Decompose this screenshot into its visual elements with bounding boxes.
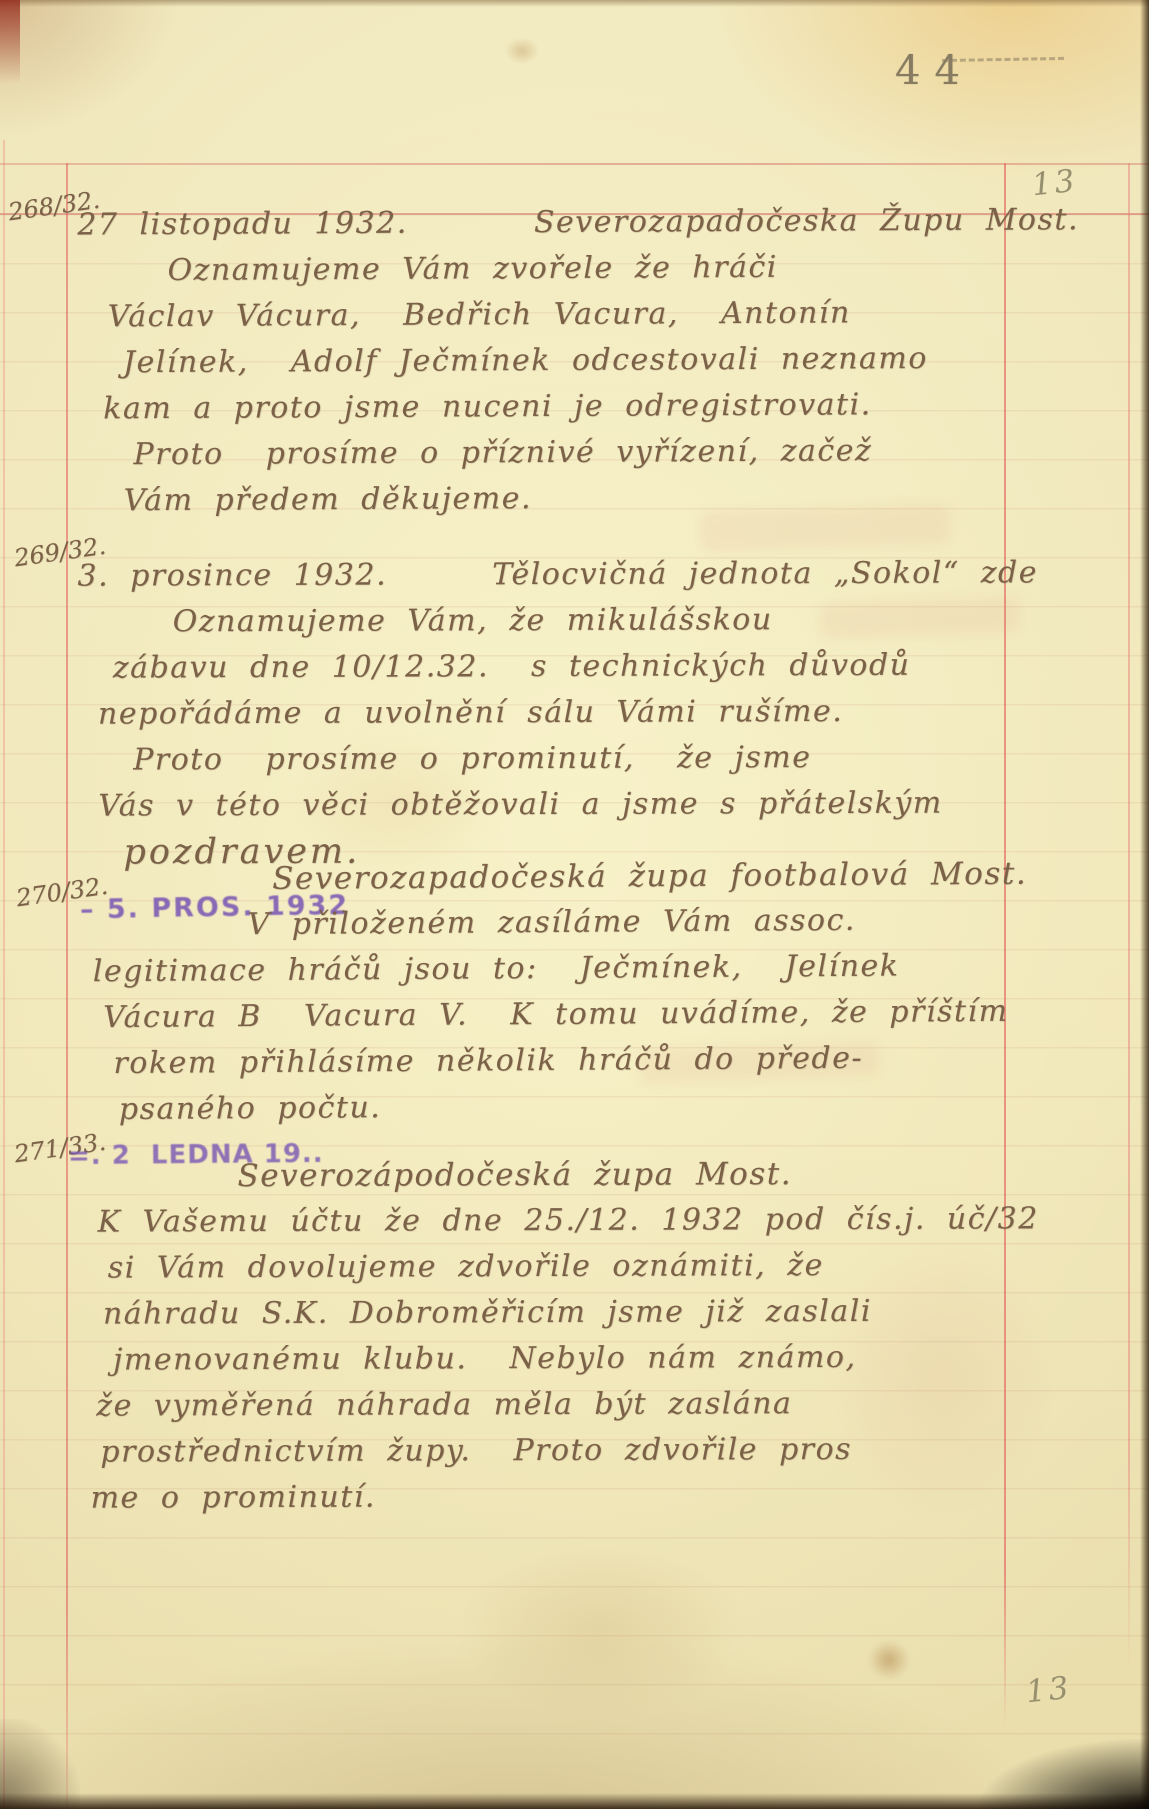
handwritten-line: Proto prosíme o příznivé vyřízení, začež (78, 428, 1018, 479)
dark-corner-bottom-right (979, 1739, 1149, 1809)
stain (455, 1540, 745, 1720)
handwritten-line: Vás v této věci obtěžovali a jsme s přát… (78, 780, 1018, 829)
folio-number-top: 13 (1030, 163, 1079, 204)
ledger-page: 44 13 13 268/32. 269/32. 270/32. 271/33.… (0, 0, 1149, 1809)
paper-edge-bottom (0, 1793, 1149, 1809)
stain (868, 1640, 910, 1680)
folio-number-bottom: 13 (1024, 1670, 1073, 1711)
handwritten-line: kam a proto jsme nuceni je odregistrovat… (78, 382, 1018, 433)
handwritten-line: náhradu S.K. Dobroměřicím jsme již zasla… (78, 1288, 1018, 1337)
handwritten-line: K Vašemu účtu že dne 25./12. 1932 pod čí… (78, 1196, 1018, 1245)
handwritten-line: Jelínek, Adolf Ječmínek odcestovali nezn… (78, 336, 1018, 387)
ledger-entry-270-32: Severozapadočeská župa footbalová Most. … (77, 851, 1019, 1134)
header-rule-top (0, 163, 1149, 165)
ledger-entry-271-33: Severozápodočeská župa Most. K Vašemu úč… (77, 1150, 1018, 1521)
handwritten-line: prostřednictvím župy. Proto zdvořile pro… (78, 1426, 1018, 1475)
ledger-entry-268-32: 27 listopadu 1932. Severozapadočeska Žup… (77, 198, 1019, 525)
paper-edge-top (0, 0, 1149, 7)
handwritten-line: Oznamujeme Vám zvořele že hráči (77, 244, 1017, 295)
left-edge-line (3, 140, 5, 1809)
handwritten-line: legitimace hráčů jsou to: Ječmínek, Jelí… (78, 943, 1018, 996)
handwritten-line: si Vám dovolujeme zdvořile oznámiti, že (78, 1242, 1018, 1291)
left-margin-rule (66, 163, 68, 1809)
ledger-entry-269-32: 3. prosince 1932. Tělocvičná jednota „So… (77, 550, 1018, 875)
handwritten-line: Severozápodočeská župa Most. (77, 1150, 1017, 1199)
handwritten-line: Severozapadočeská župa footbalová Most. (77, 851, 1017, 904)
right-column-rule-outer (1128, 163, 1130, 1673)
handwritten-line: že vyměřená náhrada měla být zaslána (78, 1380, 1018, 1429)
handwritten-line: 3. prosince 1932. Tělocvičná jednota „So… (77, 550, 1017, 599)
handwritten-line: nepořádáme a uvolnění sálu Vámi rušíme. (78, 688, 1018, 737)
handwritten-line: Oznamujeme Vám, že mikulášskou (78, 596, 1018, 645)
red-mark-top-left (0, 0, 20, 84)
handwritten-line: 27 listopadu 1932. Severozapadočeska Žup… (77, 198, 1017, 249)
handwritten-line: V přiloženém zasíláme Vám assoc. (77, 897, 1017, 950)
dark-corner-bottom-left (0, 1719, 80, 1809)
handwritten-line: rokem přihlásíme několik hráčů do přede- (78, 1035, 1018, 1088)
stain (505, 38, 539, 64)
handwritten-line: me o prominutí. (78, 1472, 1018, 1521)
paper-edge-right (1140, 0, 1149, 1809)
handwritten-line: zábavu dne 10/12.32. s technických důvod… (78, 642, 1018, 691)
handwritten-line: jmenovanému klubu. Nebylo nám známo, (78, 1334, 1018, 1383)
handwritten-line: Vám předem děkujeme. (79, 474, 1019, 525)
handwritten-line: Vácura B Vacura V. K tomu uvádíme, že př… (78, 989, 1018, 1042)
handwritten-line: Proto prosíme o prominutí, že jsme (78, 734, 1018, 783)
page-number: 44 (895, 48, 974, 94)
handwritten-line: psaného počtu. (79, 1081, 1019, 1134)
handwritten-line: Václav Vácura, Bedřich Vacura, Antonín (78, 290, 1018, 341)
